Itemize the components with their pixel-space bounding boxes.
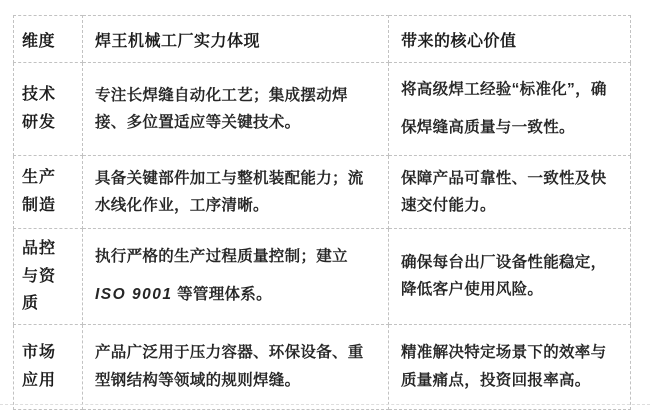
value-cell-quality: 确保每台出厂设备性能稳定，降低客户使用风险。 — [389, 229, 631, 325]
column-header-dimension: 维度 — [14, 16, 83, 63]
comparison-table: 维度 焊王机械工厂实力体现 带来的核心价值 技术研发 专注长焊缝自动化工艺；集成… — [13, 15, 631, 410]
header-row: 维度 焊王机械工厂实力体现 带来的核心价值 — [14, 16, 631, 63]
column-header-value: 带来的核心价值 — [389, 16, 631, 63]
value-cell-tech-rd: 将高级焊工经验“标准化”，确保焊缝高质量与一致性。 — [389, 63, 631, 156]
row-label-manufacturing: 生产制造 — [14, 156, 83, 229]
value-cell-manufacturing: 保障产品可靠性、一致性及快速交付能力。 — [389, 156, 631, 229]
row-label-tech-rd: 技术研发 — [14, 63, 83, 156]
iso-9001-label: ISO 9001 — [95, 286, 173, 303]
strength-cell-tech-rd: 专注长焊缝自动化工艺；集成摆动焊接、多位置适应等关键技术。 — [83, 63, 389, 156]
value-cell-market: 精准解决特定场景下的效率与质量痛点，投资回报率高。 — [389, 324, 631, 409]
table-row-quality: 品控与资质 执行严格的生产过程质量控制；建立 ISO 9001 等管理体系。 确… — [14, 229, 631, 325]
table-row-market: 市场应用 产品广泛用于压力容器、环保设备、重型钢结构等领域的规则焊缝。 精准解决… — [14, 324, 631, 409]
quality-strength-text-post: 等管理体系。 — [173, 286, 272, 303]
row-label-market: 市场应用 — [14, 324, 83, 409]
column-header-strength: 焊王机械工厂实力体现 — [83, 16, 389, 63]
quality-strength-text-pre: 执行严格的生产过程质量控制；建立 — [95, 248, 348, 265]
strength-cell-manufacturing: 具备关键部件加工与整机装配能力；流水线化作业，工序清晰。 — [83, 156, 389, 229]
document-page: 维度 焊王机械工厂实力体现 带来的核心价值 技术研发 专注长焊缝自动化工艺；集成… — [0, 0, 650, 412]
strength-cell-quality: 执行严格的生产过程质量控制；建立 ISO 9001 等管理体系。 — [83, 229, 389, 325]
row-label-quality: 品控与资质 — [14, 229, 83, 325]
strength-cell-market: 产品广泛用于压力容器、环保设备、重型钢结构等领域的规则焊缝。 — [83, 324, 389, 409]
page-bottom-divider — [0, 404, 650, 405]
table-row-manufacturing: 生产制造 具备关键部件加工与整机装配能力；流水线化作业，工序清晰。 保障产品可靠… — [14, 156, 631, 229]
table-row-tech-rd: 技术研发 专注长焊缝自动化工艺；集成摆动焊接、多位置适应等关键技术。 将高级焊工… — [14, 63, 631, 156]
